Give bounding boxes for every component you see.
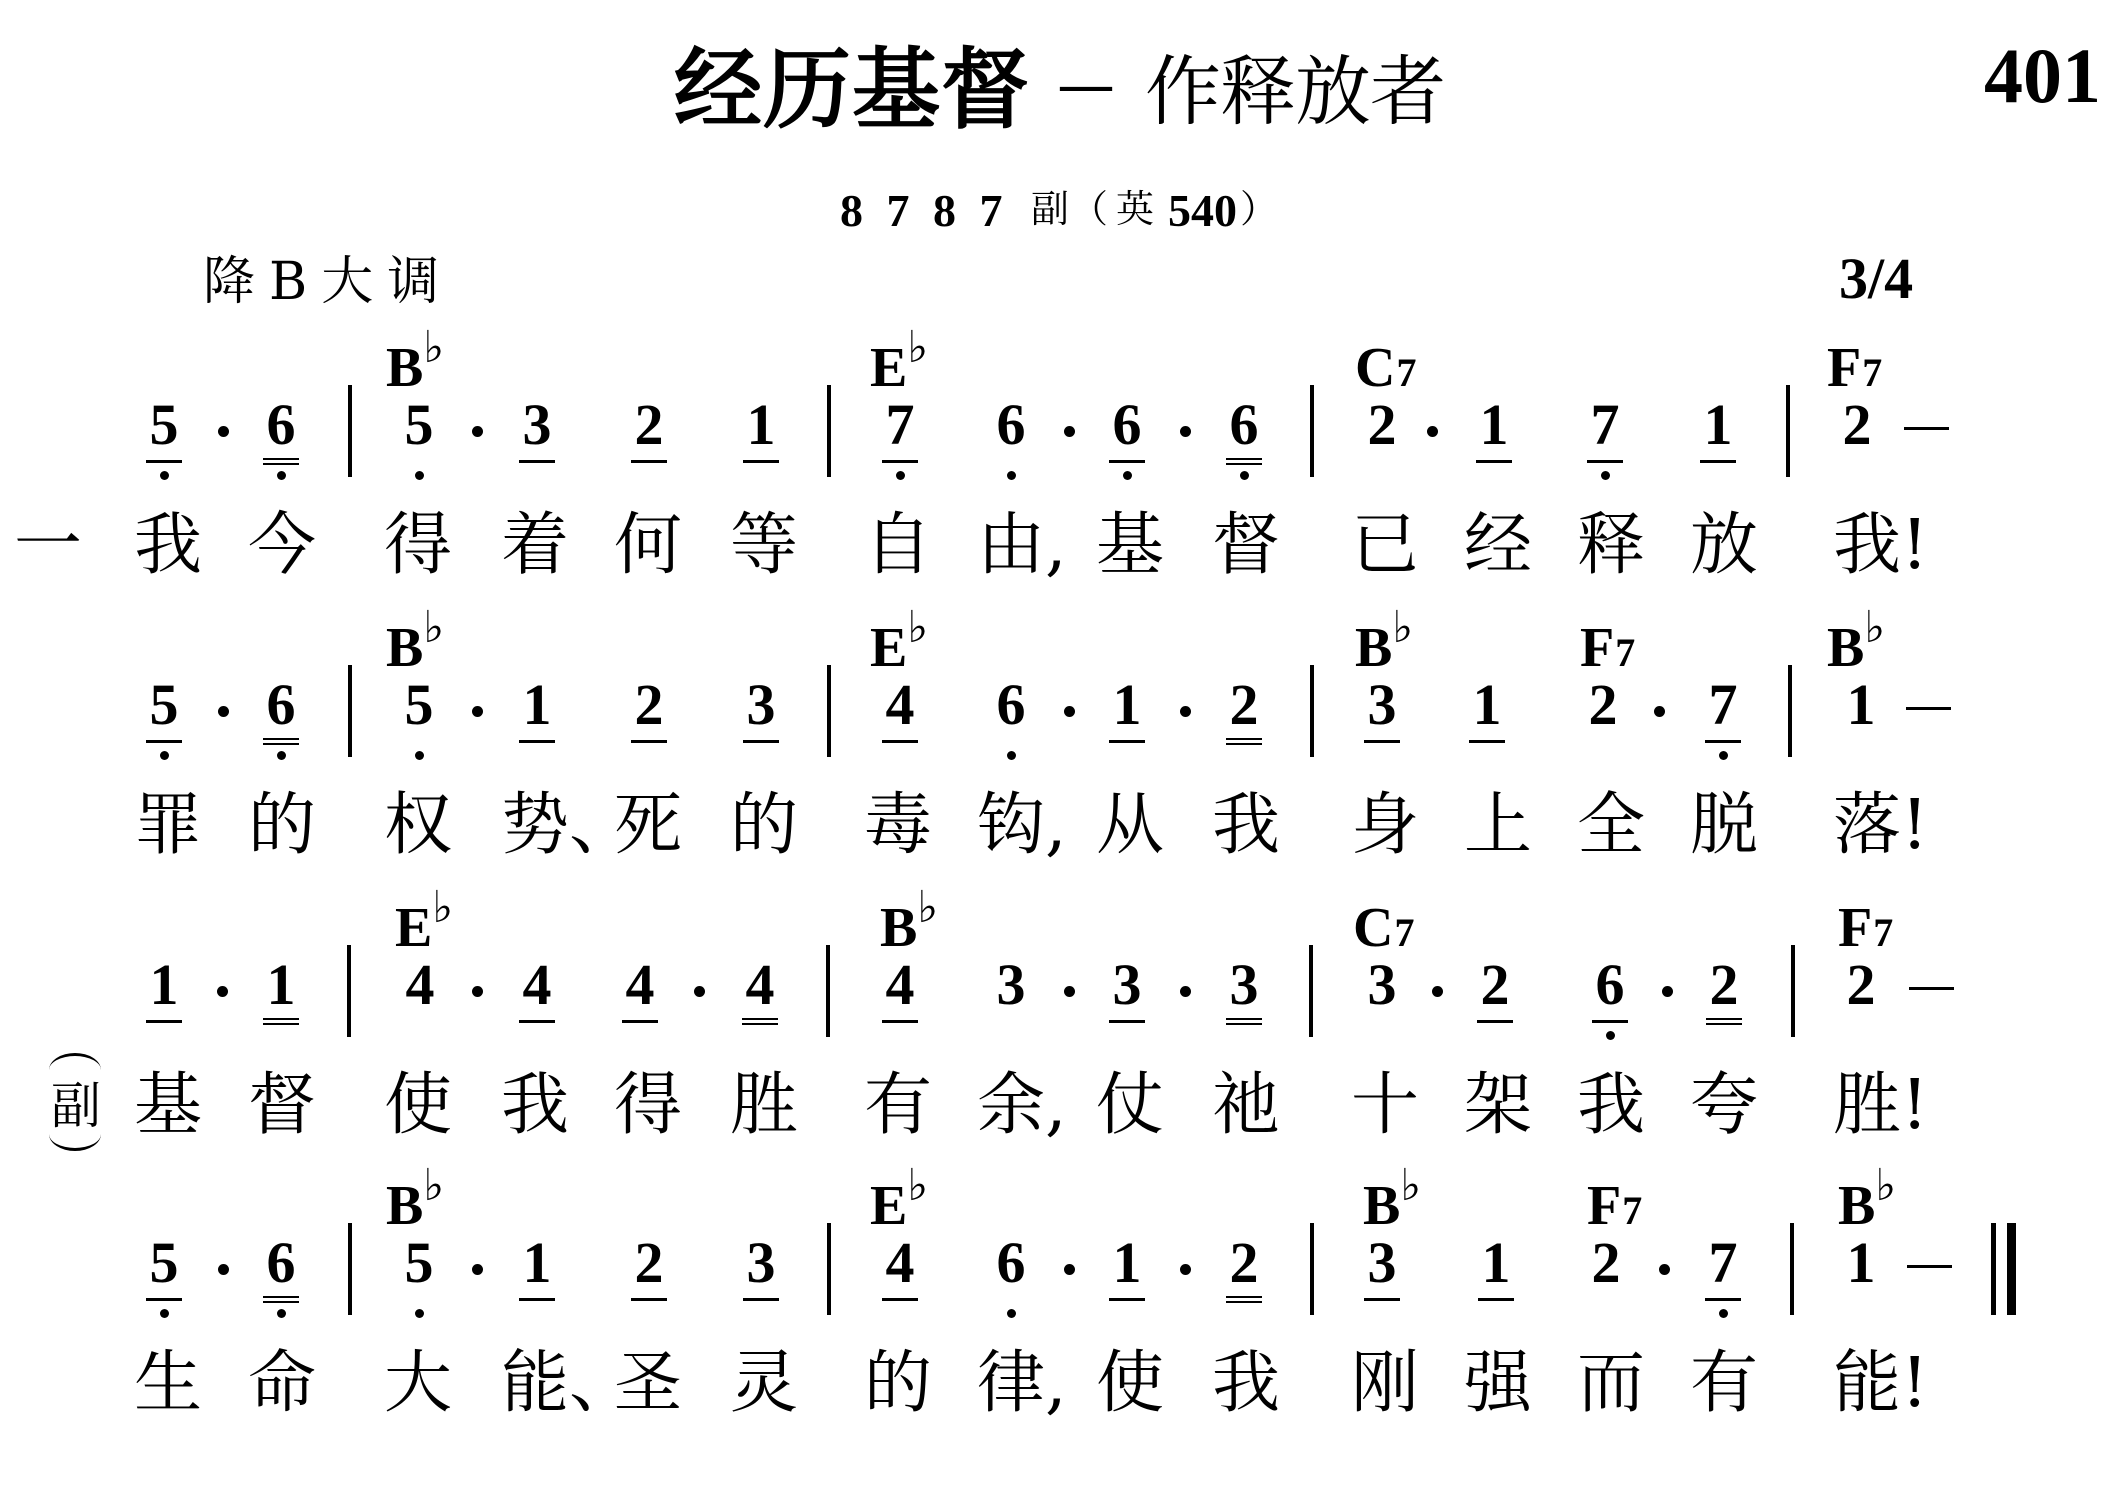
lyric-char: 督	[1212, 512, 1280, 580]
note: 1	[1107, 676, 1147, 734]
augmentation-dot	[1662, 986, 1673, 997]
chord-root: B	[880, 900, 917, 956]
barline	[1310, 1223, 1314, 1315]
note: 4	[740, 956, 780, 1014]
note: 6	[991, 676, 1031, 734]
note: 1	[144, 956, 184, 1014]
score-line-3-refrain: 副 E♭ B♭ C7 F7 1 1 4 4 4 4 4 3 3 3 3 2 6 …	[0, 910, 2127, 1190]
lyric-char: 夸	[1690, 1072, 1758, 1140]
lyric-punctuation: !	[1901, 1072, 1928, 1140]
augmentation-dot	[1432, 986, 1443, 997]
lyric-char: 余	[977, 1072, 1045, 1140]
english-reference-label: 英	[1116, 189, 1154, 229]
lyric-char: 强	[1464, 1350, 1532, 1418]
chord-symbol: C7	[1355, 340, 1416, 396]
chord-symbol: B♭	[1838, 1178, 1896, 1234]
flat-icon: ♭	[1400, 1163, 1421, 1209]
refrain-bracket-top	[49, 1053, 101, 1070]
meter: 8 7 8 7	[840, 188, 1003, 234]
flat-icon: ♭	[907, 325, 928, 371]
note: 6	[1107, 396, 1147, 454]
lyric-punctuation: !	[1901, 1350, 1928, 1418]
augmentation-dot	[1064, 1264, 1075, 1275]
lyric-char: 我	[134, 512, 202, 580]
lyric-char: 命	[248, 1350, 316, 1418]
augmentation-dot	[472, 986, 483, 997]
note: 5	[399, 396, 439, 454]
lyric-char: 有	[1690, 1350, 1758, 1418]
reference-open-paren: （	[1070, 189, 1108, 229]
lyric-char: 等	[730, 512, 798, 580]
final-barline-thick	[2007, 1223, 2016, 1315]
lyric-char: 得	[614, 1072, 682, 1140]
chord-root: E	[870, 620, 907, 676]
barline	[1786, 385, 1790, 477]
lyric-char: 罪	[134, 792, 202, 860]
note: 4	[880, 676, 920, 734]
chord-root: B	[1838, 1178, 1875, 1234]
lyric-char: 基	[1096, 512, 1164, 580]
lyric-char: 的	[248, 792, 316, 860]
note: 7	[1703, 676, 1743, 734]
augmentation-dot	[218, 1264, 229, 1275]
lyric-char: 架	[1464, 1072, 1532, 1140]
barline	[1788, 665, 1792, 757]
lyric-punctuation: !	[1901, 792, 1928, 860]
chord-symbol: E♭	[395, 900, 453, 956]
note: 7	[1585, 396, 1625, 454]
lyric-char: 而	[1577, 1350, 1645, 1418]
note: 3	[991, 956, 1031, 1014]
chord-symbol: B♭	[1827, 620, 1885, 676]
chord-root: E	[870, 340, 907, 396]
augmentation-dot	[1180, 986, 1191, 997]
verse-number: 一	[14, 512, 82, 580]
score-line-4: B♭ E♭ B♭ F7 B♭ 5 6 5 1 2 3 4 6 1 2 3 1 2…	[0, 1188, 2127, 1468]
lyric-char: 能	[501, 1350, 569, 1418]
lyric-char: 上	[1464, 792, 1532, 860]
augmentation-dot	[472, 706, 483, 717]
lyric-char: 今	[248, 512, 316, 580]
note: 3	[741, 676, 781, 734]
augmentation-dot	[1064, 706, 1075, 717]
note: 1	[517, 1234, 557, 1292]
score-line-2: B♭ E♭ B♭ F7 B♭ 5 6 5 1 2 3 4 6 1 2 3 1 2…	[0, 630, 2127, 910]
hymn-subtitle: 作释放者	[1145, 52, 1445, 132]
note: 6	[1224, 396, 1264, 454]
augmentation-dot	[694, 986, 705, 997]
augmentation-dot	[218, 706, 229, 717]
lyric-char: 身	[1351, 792, 1419, 860]
note: 2	[1224, 1234, 1264, 1292]
note: 1	[1698, 396, 1738, 454]
note: 3	[1362, 956, 1402, 1014]
lyric-punctuation: ,	[1045, 1350, 1067, 1418]
lyric-char: 我	[501, 1072, 569, 1140]
lyric-char: 十	[1351, 1072, 1419, 1140]
note: 1	[1841, 676, 1881, 734]
barline	[1310, 665, 1314, 757]
lyric-char: 着	[501, 512, 569, 580]
note: 3	[517, 396, 557, 454]
chord-symbol: B♭	[1363, 1178, 1421, 1234]
lyric-punctuation: ,	[1045, 1072, 1067, 1140]
lyric-punctuation: ,	[1045, 512, 1067, 580]
lyric-char: 圣	[614, 1350, 682, 1418]
note: 4	[620, 956, 660, 1014]
chord-root: B	[386, 620, 423, 676]
barline	[1310, 385, 1314, 477]
note: 2	[1586, 1234, 1626, 1292]
lyric-char: 释	[1577, 512, 1645, 580]
note: 6	[261, 1234, 301, 1292]
chord-symbol: F7	[1580, 620, 1635, 676]
lyric-char: 死	[614, 792, 682, 860]
lyric-char: 我	[1833, 512, 1901, 580]
barline	[827, 665, 831, 757]
chord-symbol: B♭	[1355, 620, 1413, 676]
chord-symbol: B♭	[386, 1178, 444, 1234]
note: 3	[741, 1234, 781, 1292]
lyric-char: 律	[977, 1350, 1045, 1418]
lyric-char: 胜	[730, 1072, 798, 1140]
chord-root: F	[1587, 1178, 1621, 1234]
note: 2	[1362, 396, 1402, 454]
lyric-char: 我	[1212, 1350, 1280, 1418]
augmentation-dot	[1427, 426, 1438, 437]
chord-symbol: B♭	[386, 620, 444, 676]
note: 3	[1362, 676, 1402, 734]
augmentation-dot	[1064, 986, 1075, 997]
note: 3	[1362, 1234, 1402, 1292]
lyric-char: 钩	[977, 792, 1045, 860]
chord-root: B	[386, 340, 423, 396]
note: 5	[144, 676, 184, 734]
flat-icon: ♭	[917, 885, 938, 931]
note: 3	[1224, 956, 1264, 1014]
sustain-dash	[1904, 427, 1949, 430]
augmentation-dot	[218, 426, 229, 437]
chord-symbol: E♭	[870, 620, 928, 676]
refrain-bracket-bottom	[49, 1134, 101, 1151]
barline	[827, 1223, 831, 1315]
english-hymn-number: 540	[1168, 188, 1237, 234]
chord-extension: 7	[1394, 913, 1414, 953]
note: 6	[1590, 956, 1630, 1014]
sustain-dash	[1906, 707, 1951, 710]
note: 2	[1224, 676, 1264, 734]
key-signature: 降B大调	[203, 254, 453, 310]
chord-symbol: F7	[1838, 900, 1893, 956]
score-line-1: B♭ E♭ C7 F7 5 6 5 3 2 1 7 6 6 6 2 1 7 1 …	[0, 350, 2127, 630]
lyric-char: 得	[384, 512, 452, 580]
chord-symbol: F7	[1827, 340, 1882, 396]
lyric-char: 祂	[1212, 1072, 1280, 1140]
chord-root: F	[1838, 900, 1872, 956]
chord-root: C	[1355, 340, 1395, 396]
refrain-indicator: 副	[1031, 189, 1069, 229]
lyric-char: 能	[1833, 1350, 1901, 1418]
note: 1	[1107, 1234, 1147, 1292]
flat-icon: ♭	[432, 885, 453, 931]
note: 2	[629, 396, 669, 454]
lyric-char: 我	[1212, 792, 1280, 860]
hymn-title: 经历基督	[674, 44, 1030, 136]
note: 2	[1583, 676, 1623, 734]
chord-symbol: E♭	[870, 1178, 928, 1234]
augmentation-dot	[1064, 426, 1075, 437]
note: 6	[261, 676, 301, 734]
lyric-char: 从	[1096, 792, 1164, 860]
reference-close-paren: ）	[1240, 189, 1278, 229]
note: 2	[1475, 956, 1515, 1014]
lyric-char: 使	[384, 1072, 452, 1140]
augmentation-dot	[1180, 426, 1191, 437]
flat-icon: ♭	[907, 605, 928, 651]
note: 5	[144, 396, 184, 454]
chord-root: B	[386, 1178, 423, 1234]
note: 1	[517, 676, 557, 734]
flat-icon: ♭	[1875, 1163, 1896, 1209]
note: 6	[991, 396, 1031, 454]
augmentation-dot	[217, 986, 228, 997]
augmentation-dot	[472, 1264, 483, 1275]
note: 1	[261, 956, 301, 1014]
barline	[348, 1223, 352, 1315]
lyric-char: 权	[384, 792, 452, 860]
chord-root: E	[395, 900, 432, 956]
lyric-char: 势	[501, 792, 569, 860]
barline	[827, 385, 831, 477]
lyric-char: 大	[384, 1350, 452, 1418]
lyric-char: 已	[1351, 512, 1419, 580]
lyric-char: 胜	[1833, 1072, 1901, 1140]
sustain-dash	[1907, 1265, 1952, 1268]
note: 2	[1837, 396, 1877, 454]
lyric-char: 落	[1833, 792, 1901, 860]
lyric-char: 的	[730, 792, 798, 860]
flat-icon: ♭	[907, 1163, 928, 1209]
chord-extension: 7	[1862, 353, 1882, 393]
chord-root: F	[1580, 620, 1614, 676]
augmentation-dot	[1180, 1264, 1191, 1275]
flat-icon: ♭	[1864, 605, 1885, 651]
note: 7	[1703, 1234, 1743, 1292]
lyric-char: 使	[1096, 1350, 1164, 1418]
final-barline-thin	[1991, 1223, 1996, 1315]
lyric-char: 全	[1577, 792, 1645, 860]
lyric-char: 经	[1464, 512, 1532, 580]
lyric-char: 我	[1577, 1072, 1645, 1140]
lyric-char: 仗	[1096, 1072, 1164, 1140]
note: 2	[1704, 956, 1744, 1014]
note: 6	[991, 1234, 1031, 1292]
lyric-char: 何	[614, 512, 682, 580]
lyric-punctuation: !	[1901, 512, 1928, 580]
chord-symbol: B♭	[880, 900, 938, 956]
barline	[1790, 1223, 1794, 1315]
note: 6	[261, 396, 301, 454]
chord-root: F	[1827, 340, 1861, 396]
lyric-char: 生	[134, 1350, 202, 1418]
hymn-number: 401	[1984, 37, 2101, 115]
chord-symbol: F7	[1587, 1178, 1642, 1234]
chord-root: B	[1363, 1178, 1400, 1234]
note: 1	[1476, 1234, 1516, 1292]
lyric-char: 有	[864, 1072, 932, 1140]
chord-symbol: B♭	[386, 340, 444, 396]
chord-root: B	[1827, 620, 1864, 676]
augmentation-dot	[472, 426, 483, 437]
lyric-char: 刚	[1351, 1350, 1419, 1418]
chord-extension: 7	[1873, 913, 1893, 953]
lyric-char: 的	[864, 1350, 932, 1418]
chord-root: C	[1353, 900, 1393, 956]
note: 1	[1841, 1234, 1881, 1292]
note: 7	[880, 396, 920, 454]
chord-extension: 7	[1615, 633, 1635, 673]
barline	[347, 945, 351, 1037]
lyric-char: 由	[977, 512, 1045, 580]
note: 1	[1467, 676, 1507, 734]
note: 3	[1107, 956, 1147, 1014]
flat-icon: ♭	[423, 605, 444, 651]
lyric-char: 毒	[864, 792, 932, 860]
barline	[1309, 945, 1313, 1037]
flat-icon: ♭	[423, 1163, 444, 1209]
lyric-char: 自	[864, 512, 932, 580]
flat-icon: ♭	[423, 325, 444, 371]
note: 4	[517, 956, 557, 1014]
barline	[348, 385, 352, 477]
note: 2	[629, 676, 669, 734]
augmentation-dot	[1659, 1264, 1670, 1275]
augmentation-dot	[1654, 706, 1665, 717]
note: 5	[399, 676, 439, 734]
lyric-char: 脱	[1690, 792, 1758, 860]
note: 4	[880, 956, 920, 1014]
note: 4	[880, 1234, 920, 1292]
note: 5	[399, 1234, 439, 1292]
note: 1	[741, 396, 781, 454]
title-separator: —	[1057, 56, 1115, 114]
chord-extension: 7	[1396, 353, 1416, 393]
lyric-char: 放	[1690, 512, 1758, 580]
note: 4	[400, 956, 440, 1014]
chord-root: E	[870, 1178, 907, 1234]
lyric-char: 灵	[730, 1350, 798, 1418]
barline	[826, 945, 830, 1037]
lyric-char: 基	[134, 1072, 202, 1140]
flat-icon: ♭	[1392, 605, 1413, 651]
lyric-char: 督	[248, 1072, 316, 1140]
note: 1	[1474, 396, 1514, 454]
note: 2	[629, 1234, 669, 1292]
augmentation-dot	[1180, 706, 1191, 717]
chord-symbol: E♭	[870, 340, 928, 396]
chord-symbol: C7	[1353, 900, 1414, 956]
barline	[348, 665, 352, 757]
time-signature: 3/4	[1839, 250, 1913, 308]
refrain-label: 副	[50, 1080, 102, 1132]
note: 2	[1841, 956, 1881, 1014]
lyric-punctuation: ,	[1045, 792, 1067, 860]
note: 5	[144, 1234, 184, 1292]
chord-extension: 7	[1622, 1191, 1642, 1231]
chord-root: B	[1355, 620, 1392, 676]
barline	[1791, 945, 1795, 1037]
sustain-dash	[1909, 987, 1954, 990]
